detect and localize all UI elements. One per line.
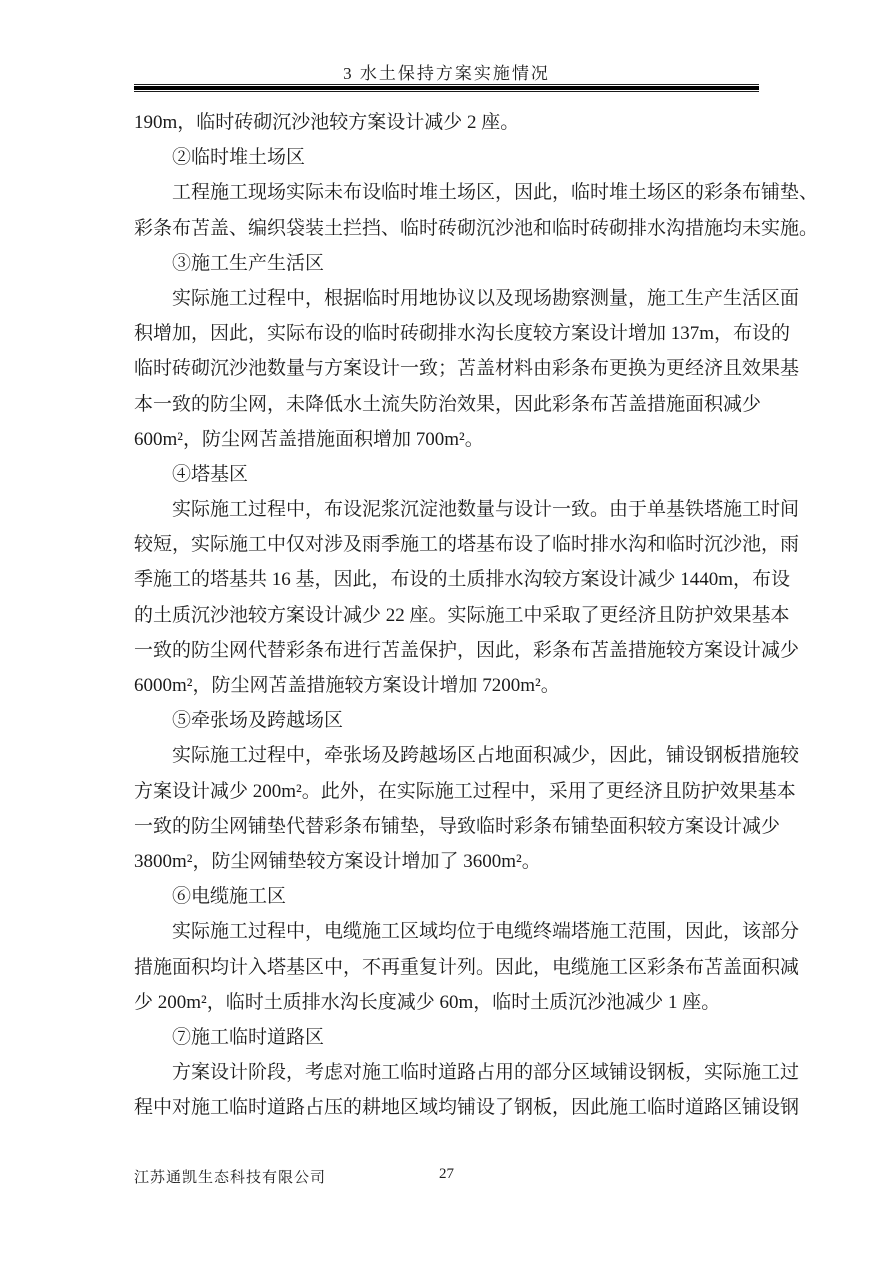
text-line: 190m，临时砖砌沉沙池较方案设计减少 2 座。: [134, 105, 782, 140]
text-line: 较短，实际施工中仅对涉及雨季施工的塔基布设了临时排水沟和临时沉沙池，雨: [134, 527, 782, 562]
text-line: 实际施工过程中，牵张场及跨越场区占地面积减少，因此，铺设钢板措施较: [134, 738, 782, 773]
section-heading: ⑤牵张场及跨越场区: [134, 703, 782, 738]
section-heading: ③施工生产生活区: [134, 246, 782, 281]
text-line: 实际施工过程中，电缆施工区域均位于电缆终端塔施工范围，因此，该部分: [134, 914, 782, 949]
text-line: 一致的防尘网铺垫代替彩条布铺垫，导致临时彩条布铺垫面积较方案设计减少: [134, 809, 782, 844]
section-heading: ⑦施工临时道路区: [134, 1020, 782, 1055]
document-body: 190m，临时砖砌沉沙池较方案设计减少 2 座。②临时堆土场区工程施工现场实际未…: [134, 105, 782, 1125]
section-heading: ④塔基区: [134, 457, 782, 492]
text-line: 一致的防尘网代替彩条布进行苫盖保护，因此，彩条布苫盖措施较方案设计减少: [134, 633, 782, 668]
header-rule-thick-bar: [134, 86, 759, 90]
text-line: 季施工的塔基共 16 基，因此，布设的土质排水沟较方案设计减少 1440m，布设: [134, 562, 782, 597]
text-line: 少 200m²，临时土质排水沟长度减少 60m，临时土质沉沙池减少 1 座。: [134, 985, 782, 1020]
footer-page-number: 27: [134, 1166, 759, 1183]
text-line: 彩条布苫盖、编织袋装土拦挡、临时砖砌沉沙池和临时砖砌排水沟措施均未实施。: [134, 211, 782, 246]
text-line: 3800m²，防尘网铺垫较方案设计增加了 3600m²。: [134, 844, 782, 879]
section-heading: ②临时堆土场区: [134, 140, 782, 175]
text-line: 程中对施工临时道路占压的耕地区域均铺设了钢板，因此施工临时道路区铺设钢: [134, 1090, 782, 1125]
text-line: 600m²，防尘网苫盖措施面积增加 700m²。: [134, 422, 782, 457]
text-line: 工程施工现场实际未布设临时堆土场区，因此，临时堆土场区的彩条布铺垫、: [134, 175, 782, 210]
document-page: 3 水土保持方案实施情况 190m，临时砖砌沉沙池较方案设计减少 2 座。②临时…: [0, 0, 892, 1262]
text-line: 的土质沉沙池较方案设计减少 22 座。实际施工中采取了更经济且防护效果基本: [134, 598, 782, 633]
header-rule: [134, 84, 759, 92]
text-line: 方案设计减少 200m²。此外，在实际施工过程中，采用了更经济且防护效果基本: [134, 774, 782, 809]
text-line: 积增加，因此，实际布设的临时砖砌排水沟长度较方案设计增加 137m，布设的: [134, 316, 782, 351]
text-line: 实际施工过程中，布设泥浆沉淀池数量与设计一致。由于单基铁塔施工时间: [134, 492, 782, 527]
text-line: 本一致的防尘网，未降低水土流失防治效果，因此彩条布苫盖措施面积减少: [134, 387, 782, 422]
text-line: 实际施工过程中，根据临时用地协议以及现场勘察测量，施工生产生活区面: [134, 281, 782, 316]
section-heading: ⑥电缆施工区: [134, 879, 782, 914]
text-line: 6000m²，防尘网苫盖措施较方案设计增加 7200m²。: [134, 668, 782, 703]
page-footer: 江苏通凯生态科技有限公司 27: [134, 1166, 759, 1188]
text-line: 临时砖砌沉沙池数量与方案设计一致；苫盖材料由彩条布更换为更经济且效果基: [134, 351, 782, 386]
text-line: 措施面积均计入塔基区中，不再重复计列。因此，电缆施工区彩条布苫盖面积减: [134, 950, 782, 985]
text-line: 方案设计阶段，考虑对施工临时道路占用的部分区域铺设钢板，实际施工过: [134, 1055, 782, 1090]
page-header-title: 3 水土保持方案实施情况: [134, 59, 759, 84]
